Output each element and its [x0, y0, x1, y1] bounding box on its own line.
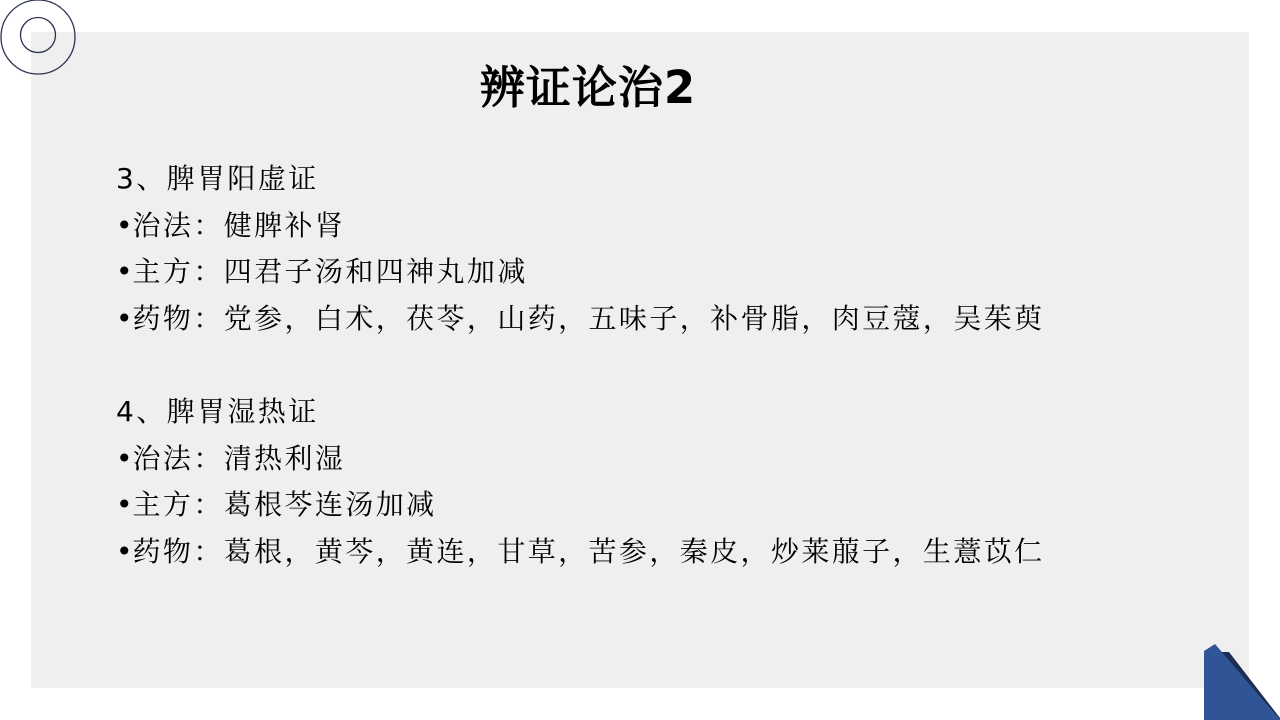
section-spleen-stomach-damp-heat: 4、脾胃湿热证 •治法：清热利湿 •主方：葛根芩连汤加减 •药物：葛根，黄芩，黄… — [116, 389, 1045, 575]
item-label: 药物： — [133, 535, 224, 568]
list-item-main-formula: •主方：四君子汤和四神丸加减 — [116, 249, 1045, 296]
content-body: 3、脾胃阳虚证 •治法：健脾补肾 •主方：四君子汤和四神丸加减 •药物：党参，白… — [116, 156, 1045, 575]
bullet-icon: • — [116, 203, 133, 250]
bullet-icon: • — [116, 482, 133, 529]
bullet-icon: • — [116, 529, 133, 576]
item-value: 健脾补肾 — [224, 209, 346, 242]
section-spleen-stomach-yang-deficiency: 3、脾胃阳虚证 •治法：健脾补肾 •主方：四君子汤和四神丸加减 •药物：党参，白… — [116, 156, 1045, 342]
item-value: 四君子汤和四神丸加减 — [224, 255, 528, 288]
section-spacer — [116, 342, 1045, 389]
item-label: 治法： — [133, 442, 224, 475]
bullet-icon: • — [116, 436, 133, 483]
list-item-treatment: •治法：健脾补肾 — [116, 203, 1045, 250]
list-item-medicines: •药物：葛根，黄芩，黄连，甘草，苦参，秦皮，炒莱菔子，生薏苡仁 — [116, 529, 1045, 576]
section-heading: 4、脾胃湿热证 — [116, 389, 1045, 436]
item-value: 葛根，黄芩，黄连，甘草，苦参，秦皮，炒莱菔子，生薏苡仁 — [224, 535, 1045, 568]
bullet-icon: • — [116, 249, 133, 296]
item-label: 主方： — [133, 255, 224, 288]
list-item-medicines: •药物：党参，白术，茯苓，山药，五味子，补骨脂，肉豆蔻，吴茱萸 — [116, 296, 1045, 343]
slide: 辨证论治2 3、脾胃阳虚证 •治法：健脾补肾 •主方：四君子汤和四神丸加减 •药… — [0, 0, 1280, 720]
item-value: 党参，白术，茯苓，山药，五味子，补骨脂，肉豆蔻，吴茱萸 — [224, 302, 1045, 335]
item-label: 治法： — [133, 209, 224, 242]
list-item-main-formula: •主方：葛根芩连汤加减 — [116, 482, 1045, 529]
folded-corner-triangle-icon — [1200, 640, 1280, 720]
item-value: 葛根芩连汤加减 — [224, 488, 437, 521]
item-label: 药物： — [133, 302, 224, 335]
item-label: 主方： — [133, 488, 224, 521]
section-heading: 3、脾胃阳虚证 — [116, 156, 1045, 203]
list-item-treatment: •治法：清热利湿 — [116, 436, 1045, 483]
bullet-icon: • — [116, 296, 133, 343]
page-title: 辨证论治2 — [0, 58, 1176, 118]
item-value: 清热利湿 — [224, 442, 346, 475]
